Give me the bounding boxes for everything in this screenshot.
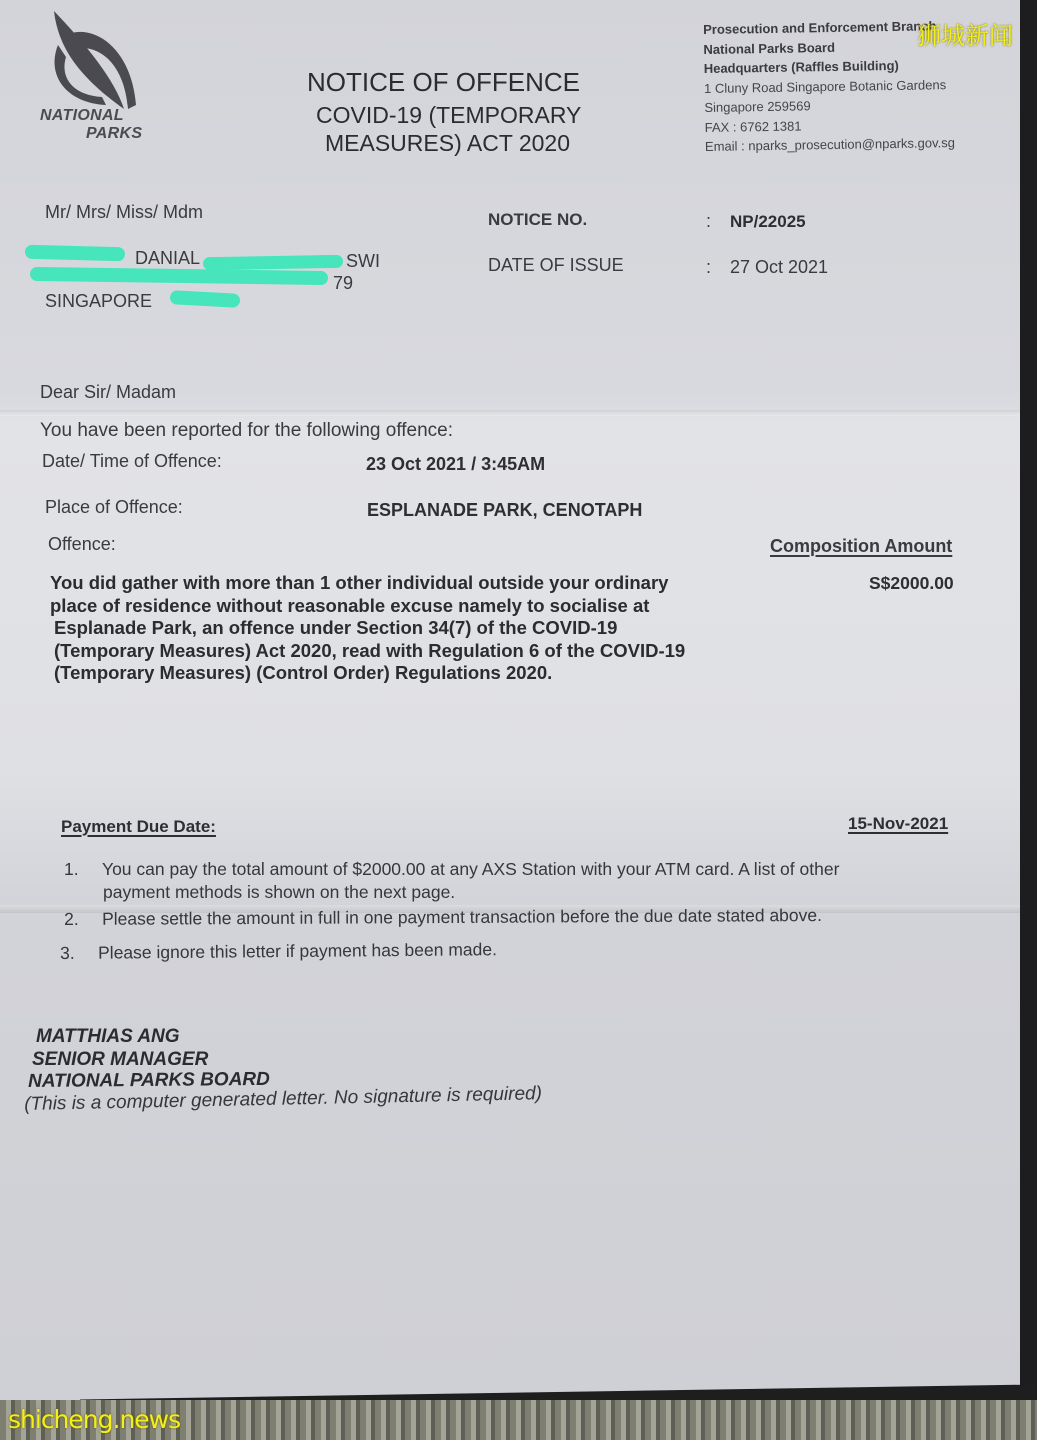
background-edge [1020, 0, 1037, 1440]
offence-description-line: Esplanade Park, an offence under Section… [50, 617, 685, 640]
sender-street: 1 Cluny Road Singapore Botanic Gardens [704, 75, 954, 98]
composition-amount-value: S$2000.00 [869, 573, 954, 594]
paper-fold [0, 410, 1020, 416]
watermark-chinese: 狮城新闻 [917, 16, 1013, 51]
payment-due-date: 15-Nov-2021 [848, 814, 948, 834]
offence-description-line: place of residence without reasonable ex… [50, 595, 685, 618]
date-of-issue-value: 27 Oct 2021 [730, 257, 828, 278]
payment-instruction-1: 1.You can pay the total amount of $2000.… [64, 859, 839, 880]
instruction-text: You can pay the total amount of $2000.00… [102, 859, 839, 879]
recipient-address-suffix: 79 [333, 273, 353, 294]
sender-email: Email : nparks_prosecution@nparks.gov.sg [705, 133, 955, 156]
offence-description-line: You did gather with more than 1 other in… [50, 572, 685, 595]
notice-no-separator: : [706, 211, 711, 232]
instruction-number: 3. [60, 943, 98, 964]
notice-paper: NATIONAL PARKS NOTICE OF OFFENCE COVID-1… [0, 0, 1020, 1400]
sender-department: Prosecution and Enforcement Branch [703, 18, 937, 37]
document-title: NOTICE OF OFFENCE [307, 67, 580, 98]
recipient-name-suffix: SWI [346, 251, 380, 272]
salutation-options: Mr/ Mrs/ Miss/ Mdm [45, 202, 203, 223]
offence-description-line: (Temporary Measures) Act 2020, read with… [50, 640, 685, 663]
logo-text-parks: PARKS [86, 125, 142, 143]
offence-description: You did gather with more than 1 other in… [50, 572, 685, 685]
offence-place-value: ESPLANADE PARK, CENOTAPH [367, 500, 642, 521]
date-of-issue-separator: : [706, 257, 711, 278]
offence-description-line: (Temporary Measures) (Control Order) Reg… [50, 662, 685, 685]
redaction-mark [25, 245, 125, 262]
offence-place-label: Place of Offence: [45, 497, 183, 518]
watermark-site: shicheng.news [8, 1405, 180, 1434]
signatory-name: MATTHIAS ANG [36, 1026, 180, 1048]
recipient-name: DANIAL [135, 248, 200, 269]
instruction-number: 2. [64, 909, 102, 930]
notice-no-value: NP/22025 [730, 212, 806, 232]
instruction-text-continued: payment methods is shown on the next pag… [103, 882, 455, 903]
payment-instruction-3: 3.Please ignore this letter if payment h… [60, 939, 497, 964]
redaction-mark [203, 255, 343, 270]
offence-datetime-label: Date/ Time of Offence: [42, 451, 222, 472]
document-subtitle-line1: COVID-19 (TEMPORARY [316, 102, 581, 129]
offence-label: Offence: [48, 534, 116, 555]
intro-text: You have been reported for the following… [40, 420, 453, 442]
sender-organisation: National Parks Board [703, 39, 835, 56]
sender-building: Headquarters (Raffles Building) [704, 58, 899, 76]
instruction-text: Please ignore this letter if payment has… [98, 939, 497, 962]
greeting: Dear Sir/ Madam [40, 382, 176, 403]
national-parks-logo: NATIONAL PARKS [36, 5, 156, 150]
logo-text-national: NATIONAL [40, 107, 124, 125]
document-subtitle-line2: MEASURES) ACT 2020 [325, 130, 570, 157]
instruction-number: 1. [64, 859, 102, 880]
recipient-city: SINGAPORE [45, 291, 152, 312]
signatory-title: SENIOR MANAGER [32, 1049, 208, 1071]
date-of-issue-label: DATE OF ISSUE [488, 255, 624, 276]
notice-no-label: NOTICE NO. [488, 210, 587, 230]
payment-due-label: Payment Due Date: [61, 817, 216, 837]
instruction-text: Please settle the amount in full in one … [102, 905, 822, 929]
composition-amount-label: Composition Amount [770, 536, 952, 557]
payment-instruction-2: 2.Please settle the amount in full in on… [64, 905, 822, 930]
offence-datetime-value: 23 Oct 2021 / 3:45AM [366, 454, 545, 475]
leaf-logo-icon [36, 5, 156, 115]
redaction-mark [30, 267, 328, 285]
redaction-mark [170, 290, 241, 308]
